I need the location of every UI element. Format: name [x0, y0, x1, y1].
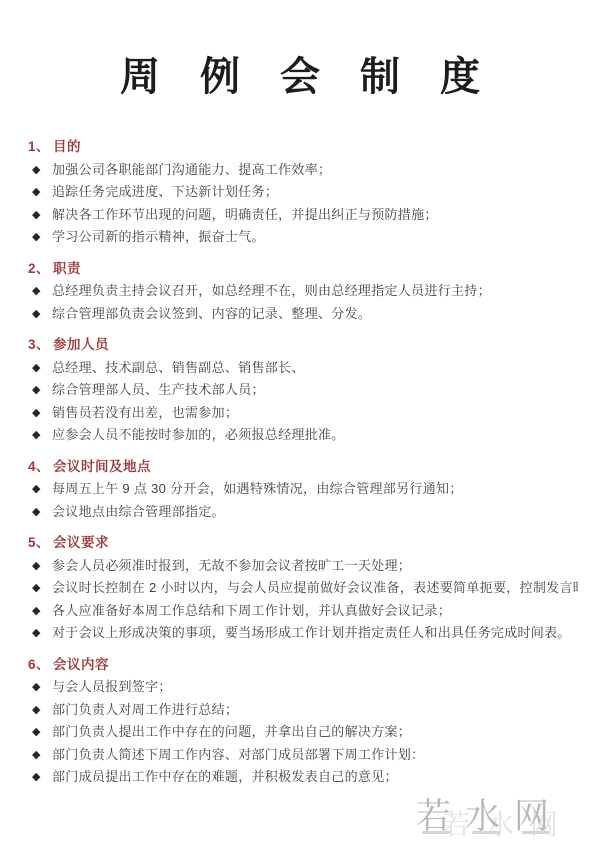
section-heading: 5、会议要求: [28, 532, 578, 555]
bullet-text: 各人应准备好本周工作总结和下周工作计划，并认真做好会议记录；: [52, 600, 578, 623]
diamond-bullet-icon: ◆: [32, 159, 52, 182]
diamond-bullet-icon: ◆: [32, 181, 52, 204]
page-title: 周 例 会 制 度: [0, 50, 600, 104]
diamond-bullet-icon: ◆: [32, 478, 52, 501]
bullet-text: 部门负责人提出工作中存在的问题，并拿出自己的解决方案；: [52, 721, 578, 744]
diamond-bullet-icon: ◆: [32, 699, 52, 722]
list-item: ◆加强公司各职能部门沟通能力、提高工作效率；: [28, 159, 578, 182]
section-title: 会议内容: [53, 657, 109, 672]
bullet-text: 学习公司新的指示精神，振奋士气。: [52, 226, 578, 249]
section-number: 3、: [28, 337, 50, 352]
bullet-text: 总经理负责主持会议召开，如总经理不在，则由总经理指定人员进行主持；: [52, 280, 578, 303]
diamond-bullet-icon: ◆: [32, 721, 52, 744]
diamond-bullet-icon: ◆: [32, 501, 52, 524]
bullet-text: 部门成员提出工作中存在的难题，并积极发表自己的意见；: [52, 766, 578, 789]
bullet-text: 会议地点由综合管理部指定。: [52, 501, 578, 524]
diamond-bullet-icon: ◆: [32, 744, 52, 767]
section-title: 会议时间及地点: [53, 459, 151, 474]
list-item: ◆综合管理部负责会议签到、内容的记录、整理、分发。: [28, 303, 578, 326]
diamond-bullet-icon: ◆: [32, 226, 52, 249]
section-content: 6、会议内容 ◆与会人员报到签字； ◆部门负责人对周工作进行总结； ◆部门负责人…: [28, 654, 578, 789]
list-item: ◆部门负责人对周工作进行总结；: [28, 699, 578, 722]
diamond-bullet-icon: ◆: [32, 555, 52, 578]
list-item: ◆部门负责人提出工作中存在的问题，并拿出自己的解决方案；: [28, 721, 578, 744]
list-item: ◆部门成员提出工作中存在的难题，并积极发表自己的意见；: [28, 766, 578, 789]
list-item: ◆各人应准备好本周工作总结和下周工作计划，并认真做好会议记录；: [28, 600, 578, 623]
section-participants: 3、参加人员 ◆总经理、技术副总、销售副总、销售部长、 ◆综合管理部人员、生产技…: [28, 334, 578, 447]
section-heading: 6、会议内容: [28, 654, 578, 677]
section-purpose: 1、目的 ◆加强公司各职能部门沟通能力、提高工作效率； ◆追踪任务完成进度、下达…: [28, 136, 578, 249]
list-item: ◆每周五上午 9 点 30 分开会，如遇特殊情况，由综合管理部另行通知；: [28, 478, 578, 501]
list-item: ◆对于会议上形成决策的事项，要当场形成工作计划并指定责任人和出具任务完成时间表。: [28, 622, 578, 645]
section-heading: 1、目的: [28, 136, 578, 159]
section-title: 目的: [53, 139, 81, 154]
diamond-bullet-icon: ◆: [32, 622, 52, 645]
section-responsibilities: 2、职责 ◆总经理负责主持会议召开，如总经理不在，则由总经理指定人员进行主持； …: [28, 258, 578, 326]
section-requirements: 5、会议要求 ◆参会人员必须准时报到，无故不参加会议者按旷工一天处理； ◆会议时…: [28, 532, 578, 645]
section-number: 1、: [28, 139, 50, 154]
bullet-text: 会议时长控制在 2 小时以内，与会人员应提前做好会议准备，表述要简单扼要，控制发…: [52, 577, 578, 600]
section-title: 会议要求: [53, 535, 109, 550]
bullet-text: 每周五上午 9 点 30 分开会，如遇特殊情况，由综合管理部另行通知；: [52, 478, 578, 501]
list-item: ◆会议时长控制在 2 小时以内，与会人员应提前做好会议准备，表述要简单扼要，控制…: [28, 577, 578, 600]
watermark: 若水网 若水网: [416, 789, 586, 843]
bullet-text: 加强公司各职能部门沟通能力、提高工作效率；: [52, 159, 578, 182]
section-number: 5、: [28, 535, 50, 550]
document-body: 1、目的 ◆加强公司各职能部门沟通能力、提高工作效率； ◆追踪任务完成进度、下达…: [0, 136, 600, 789]
bullet-text: 总经理、技术副总、销售副总、销售部长、: [52, 357, 578, 380]
bullet-text: 部门负责人对周工作进行总结；: [52, 699, 578, 722]
section-number: 2、: [28, 261, 50, 276]
list-item: ◆综合管理部人员、生产技术部人员；: [28, 379, 578, 402]
bullet-text: 综合管理部负责会议签到、内容的记录、整理、分发。: [52, 303, 578, 326]
section-heading: 2、职责: [28, 258, 578, 281]
diamond-bullet-icon: ◆: [32, 303, 52, 326]
bullet-text: 追踪任务完成进度、下达新计划任务；: [52, 181, 578, 204]
bullet-text: 销售员若没有出差，也需参加；: [52, 402, 578, 425]
bullet-text: 综合管理部人员、生产技术部人员；: [52, 379, 578, 402]
diamond-bullet-icon: ◆: [32, 379, 52, 402]
diamond-bullet-icon: ◆: [32, 676, 52, 699]
diamond-bullet-icon: ◆: [32, 424, 52, 447]
section-title: 参加人员: [53, 337, 109, 352]
list-item: ◆会议地点由综合管理部指定。: [28, 501, 578, 524]
bullet-text: 应参会人员不能按时参加的，必须报总经理批准。: [52, 424, 578, 447]
list-item: ◆总经理负责主持会议召开，如总经理不在，则由总经理指定人员进行主持；: [28, 280, 578, 303]
diamond-bullet-icon: ◆: [32, 357, 52, 380]
section-title: 职责: [53, 261, 81, 276]
bullet-text: 与会人员报到签字；: [52, 676, 578, 699]
diamond-bullet-icon: ◆: [32, 600, 52, 623]
list-item: ◆销售员若没有出差，也需参加；: [28, 402, 578, 425]
bullet-text: 部门负责人简述下周工作内容、对部门成员部署下周工作计划：: [52, 744, 578, 767]
section-heading: 3、参加人员: [28, 334, 578, 357]
list-item: ◆与会人员报到签字；: [28, 676, 578, 699]
diamond-bullet-icon: ◆: [32, 280, 52, 303]
diamond-bullet-icon: ◆: [32, 766, 52, 789]
diamond-bullet-icon: ◆: [32, 577, 52, 600]
diamond-bullet-icon: ◆: [32, 402, 52, 425]
list-item: ◆应参会人员不能按时参加的，必须报总经理批准。: [28, 424, 578, 447]
section-heading: 4、会议时间及地点: [28, 456, 578, 479]
section-number: 4、: [28, 459, 50, 474]
list-item: ◆参会人员必须准时报到，无故不参加会议者按旷工一天处理；: [28, 555, 578, 578]
list-item: ◆解决各工作环节出现的问题，明确责任，并提出纠正与预防措施；: [28, 204, 578, 227]
watermark-subtext-bars: [422, 831, 550, 834]
bullet-text: 对于会议上形成决策的事项，要当场形成工作计划并指定责任人和出具任务完成时间表。: [52, 622, 578, 645]
diamond-bullet-icon: ◆: [32, 204, 52, 227]
list-item: ◆总经理、技术副总、销售副总、销售部长、: [28, 357, 578, 380]
section-number: 6、: [28, 657, 50, 672]
section-time-location: 4、会议时间及地点 ◆每周五上午 9 点 30 分开会，如遇特殊情况，由综合管理…: [28, 456, 578, 524]
bullet-text: 解决各工作环节出现的问题，明确责任，并提出纠正与预防措施；: [52, 204, 578, 227]
document-page: 周 例 会 制 度 1、目的 ◆加强公司各职能部门沟通能力、提高工作效率； ◆追…: [0, 0, 600, 849]
list-item: ◆追踪任务完成进度、下达新计划任务；: [28, 181, 578, 204]
list-item: ◆部门负责人简述下周工作内容、对部门成员部署下周工作计划：: [28, 744, 578, 767]
list-item: ◆学习公司新的指示精神，振奋士气。: [28, 226, 578, 249]
bullet-text: 参会人员必须准时报到，无故不参加会议者按旷工一天处理；: [52, 555, 578, 578]
